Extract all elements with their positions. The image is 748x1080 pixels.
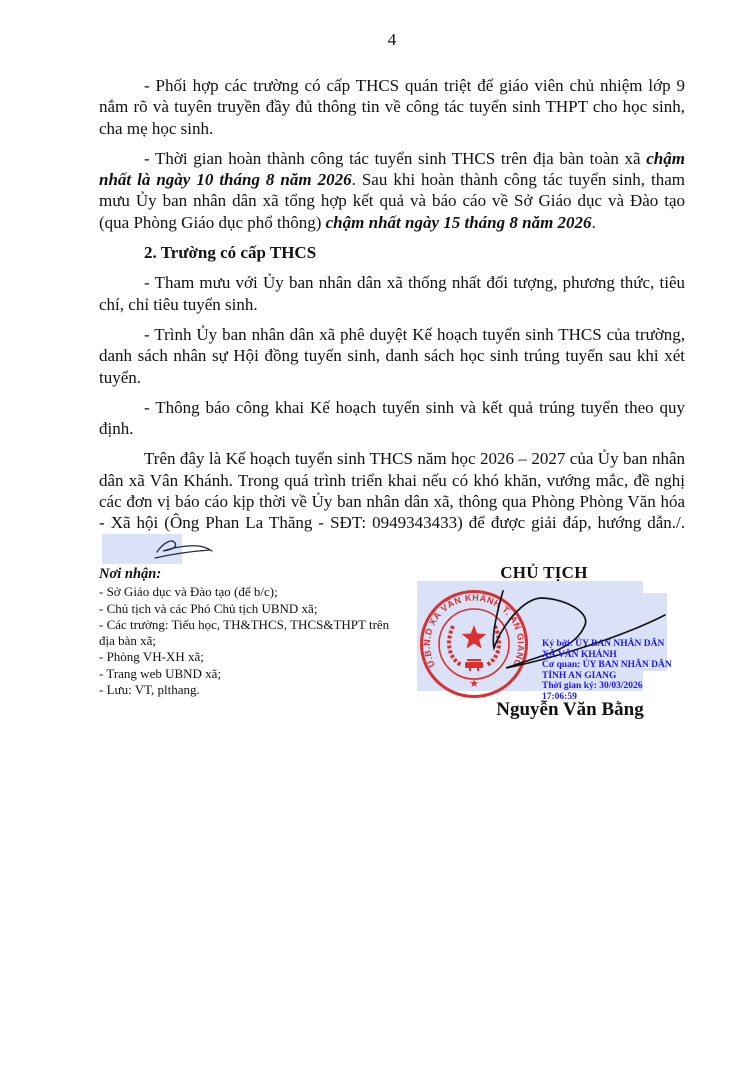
inline-initial-signature bbox=[102, 534, 182, 564]
recipients-label: Nơi nhận: bbox=[99, 566, 404, 582]
signature-visual: U.B.N.D XÃ VÂN KHÁNH T. AN GIANG ★ bbox=[415, 585, 705, 699]
paragraph: - Thời gian hoàn thành công tác tuyển si… bbox=[99, 148, 685, 233]
text-run: 2. Trường có cấp THCS bbox=[144, 243, 316, 262]
digital-signature-line: Ký bởi: ỦY BAN NHÂN DÂN bbox=[542, 639, 672, 650]
document-content: 4 - Phối hợp các trường có cấp THCS quán… bbox=[99, 30, 685, 573]
paragraph: - Phối hợp các trường có cấp THCS quán t… bbox=[99, 75, 685, 139]
text-run: . bbox=[592, 213, 596, 232]
footer-row: Nơi nhận: - Sở Giáo dục và Đào tạo (để b… bbox=[99, 566, 685, 746]
recipient-item: - Các trường: Tiểu học, TH&THCS, THCS&TH… bbox=[99, 617, 404, 650]
text-run: - Thời gian hoàn thành công tác tuyển si… bbox=[144, 149, 646, 168]
paragraph: Trên đây là Kế hoạch tuyển sinh THCS năm… bbox=[99, 448, 685, 563]
digital-signature-line: Thời gian ký: 30/03/2026 bbox=[542, 681, 672, 692]
digital-signature-line: XÃ VÂN KHÁNH bbox=[542, 650, 672, 661]
page-number: 4 bbox=[99, 30, 685, 50]
recipient-item: - Phòng VH-XH xã; bbox=[99, 649, 404, 665]
signer-title: CHỦ TỊCH bbox=[399, 563, 689, 583]
recipient-item: - Chủ tịch và các Phó Chủ tịch UBND xã; bbox=[99, 601, 404, 617]
digital-signature-line: TỈNH AN GIANG bbox=[542, 671, 672, 682]
text-run: - Trình Ủy ban nhân dân xã phê duyệt Kế … bbox=[99, 325, 685, 387]
text-run: - Tham mưu với Ủy ban nhân dân xã thống … bbox=[99, 273, 685, 313]
paragraph: - Trình Ủy ban nhân dân xã phê duyệt Kế … bbox=[99, 324, 685, 388]
stamp-star: ★ bbox=[469, 678, 479, 690]
text-run: - Phối hợp các trường có cấp THCS quán t… bbox=[99, 76, 685, 138]
text-run: Trên đây là Kế hoạch tuyển sinh THCS năm… bbox=[99, 449, 685, 532]
digital-signature-line: Cơ quan: ỦY BAN NHÂN DÂN bbox=[542, 660, 672, 671]
recipients-block: Nơi nhận: - Sở Giáo dục và Đào tạo (để b… bbox=[99, 566, 404, 698]
section-heading: 2. Trường có cấp THCS bbox=[99, 242, 685, 263]
recipient-item: - Sở Giáo dục và Đào tạo (để b/c); bbox=[99, 584, 404, 600]
document-body: - Phối hợp các trường có cấp THCS quán t… bbox=[99, 75, 685, 564]
paragraph: - Tham mưu với Ủy ban nhân dân xã thống … bbox=[99, 272, 685, 315]
paragraph: - Thông báo công khai Kế hoạch tuyển sin… bbox=[99, 397, 685, 440]
text-run: chậm nhất ngày 15 tháng 8 năm 2026 bbox=[326, 213, 592, 232]
recipient-item: - Trang web UBND xã; bbox=[99, 666, 404, 682]
signer-name: Nguyễn Văn Bằng bbox=[425, 699, 715, 721]
recipients-list: - Sở Giáo dục và Đào tạo (để b/c);- Chủ … bbox=[99, 584, 404, 698]
digital-signature-text: Ký bởi: ỦY BAN NHÂN DÂNXÃ VÂN KHÁNHCơ qu… bbox=[542, 639, 672, 703]
document-page: 4 - Phối hợp các trường có cấp THCS quán… bbox=[0, 0, 748, 1080]
text-run: - Thông báo công khai Kế hoạch tuyển sin… bbox=[99, 398, 685, 438]
recipient-item: - Lưu: VT, plthang. bbox=[99, 682, 404, 698]
signature-block: CHỦ TỊCH U.B.N.D XÃ VÂN KHÁNH T. bbox=[415, 563, 705, 721]
